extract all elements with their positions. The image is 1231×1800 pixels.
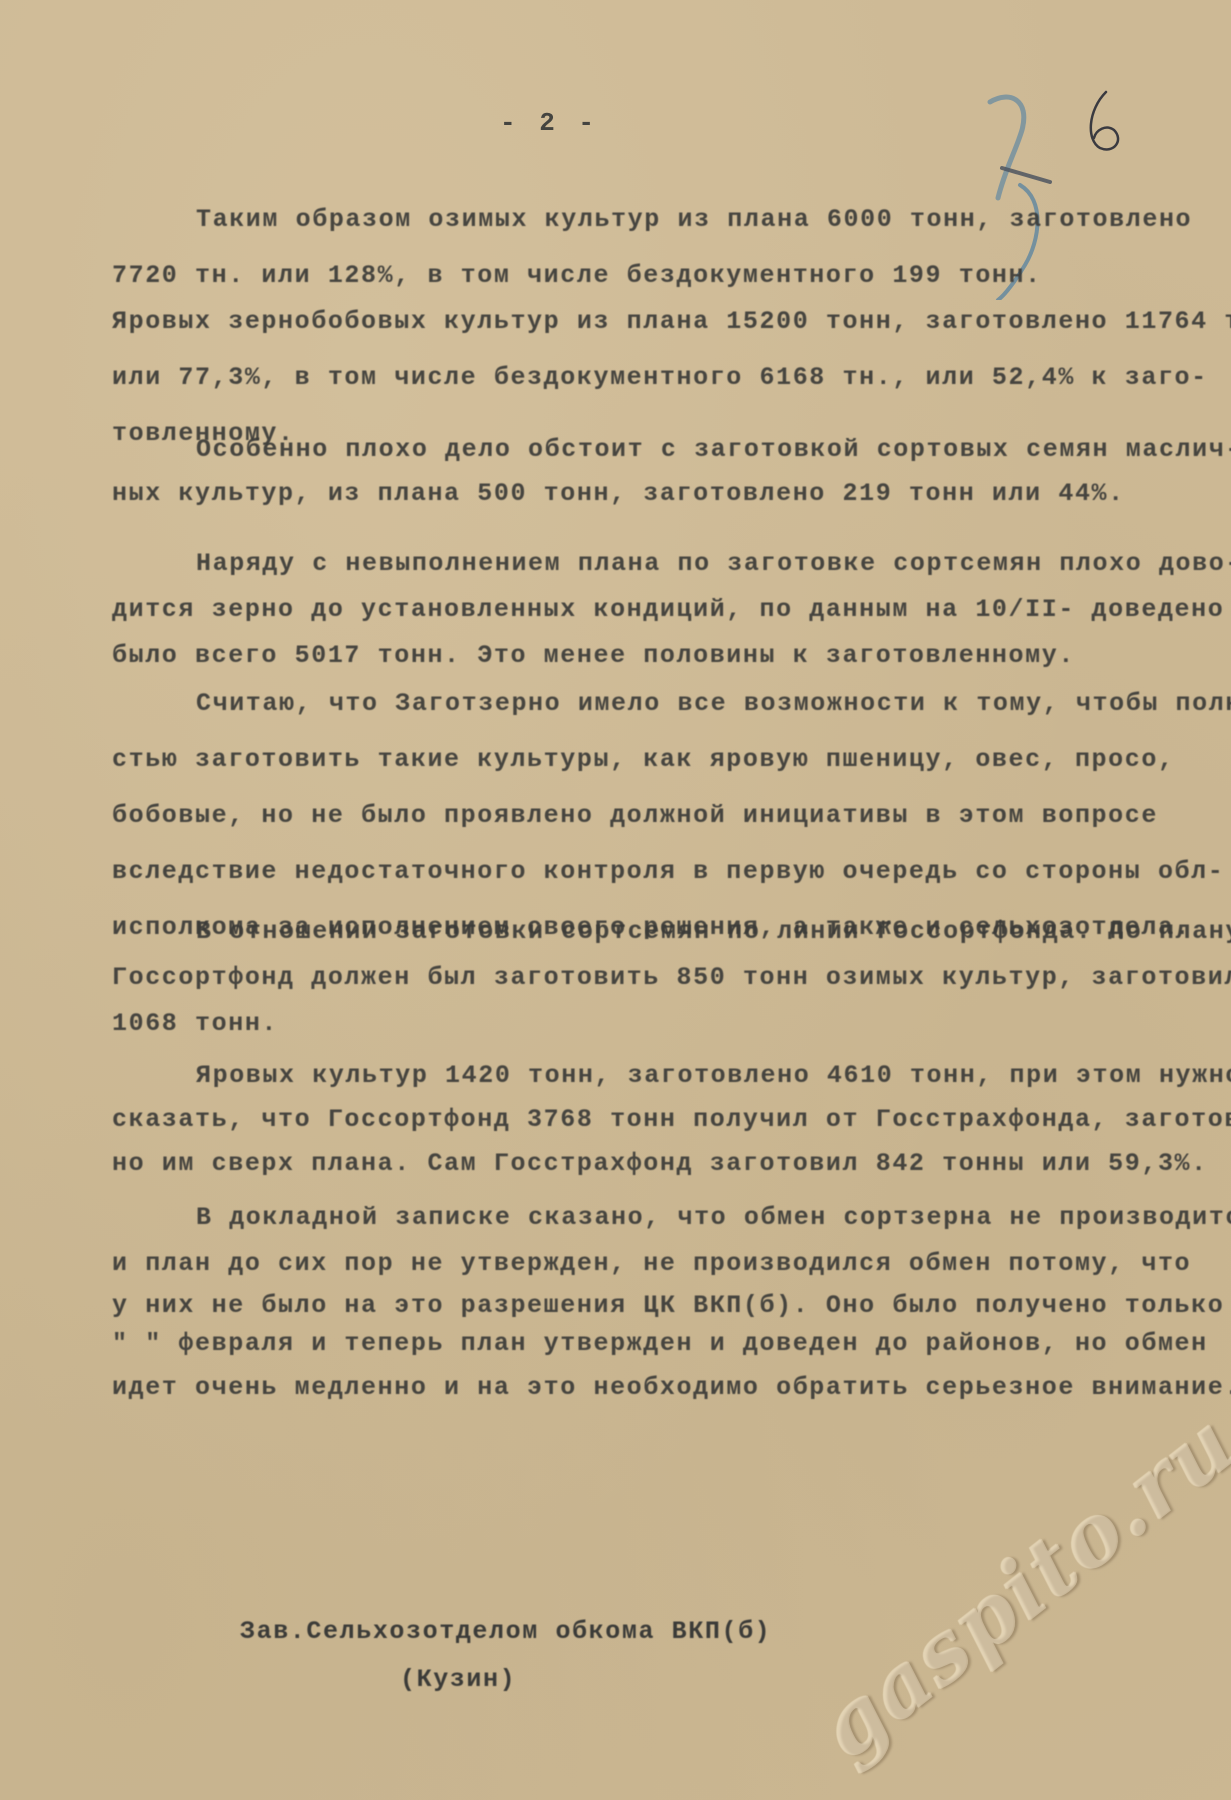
text-line: бобовые, но не было проявлено должной ин…: [112, 788, 1187, 844]
watermark: gaspito.ru: [800, 1393, 1231, 1778]
signature-block: Зав.Сельхозотделом обкома ВКП(б) (Кузин): [240, 1608, 771, 1704]
text-line: Яровых зернобобовых культур из плана 152…: [112, 294, 1187, 350]
paragraph-gossortfond: В отношении заготовки сортсемян по линии…: [112, 904, 1187, 1052]
handwritten-ink-mark: [1078, 90, 1138, 160]
text-line: ных культур, из плана 500 тонн, заготовл…: [112, 466, 1187, 522]
paragraph-exchange: В докладной записке сказано, что обмен с…: [112, 1190, 1187, 1416]
paragraph-grain-conditions: Наряду с невыполнением плана по заготовк…: [112, 536, 1187, 684]
text-line: идет очень медленно и на это необходимо …: [112, 1360, 1187, 1416]
text-line: но им сверх плана. Сам Госстрахфонд заго…: [112, 1136, 1187, 1192]
text-line: вследствие недостаточного контроля в пер…: [112, 844, 1187, 900]
text-line: стью заготовить такие культуры, как яров…: [112, 732, 1187, 788]
text-line: или 77,3%, в том числе бездокументного 6…: [112, 350, 1187, 406]
paragraph-spring-crops: Яровых культур 1420 тонн, заготовлено 46…: [112, 1048, 1187, 1192]
text-line: Таким образом озимых культур из плана 60…: [112, 192, 1187, 248]
signature-name: (Кузин): [240, 1656, 771, 1704]
text-line: Считаю, что Заготзерно имело все возможн…: [112, 676, 1187, 732]
paragraph-oilseed: Особенно плохо дело обстоит с заготовкой…: [112, 422, 1187, 522]
signature-title: Зав.Сельхозотделом обкома ВКП(б): [240, 1617, 771, 1646]
page-number: - 2 -: [500, 108, 598, 138]
